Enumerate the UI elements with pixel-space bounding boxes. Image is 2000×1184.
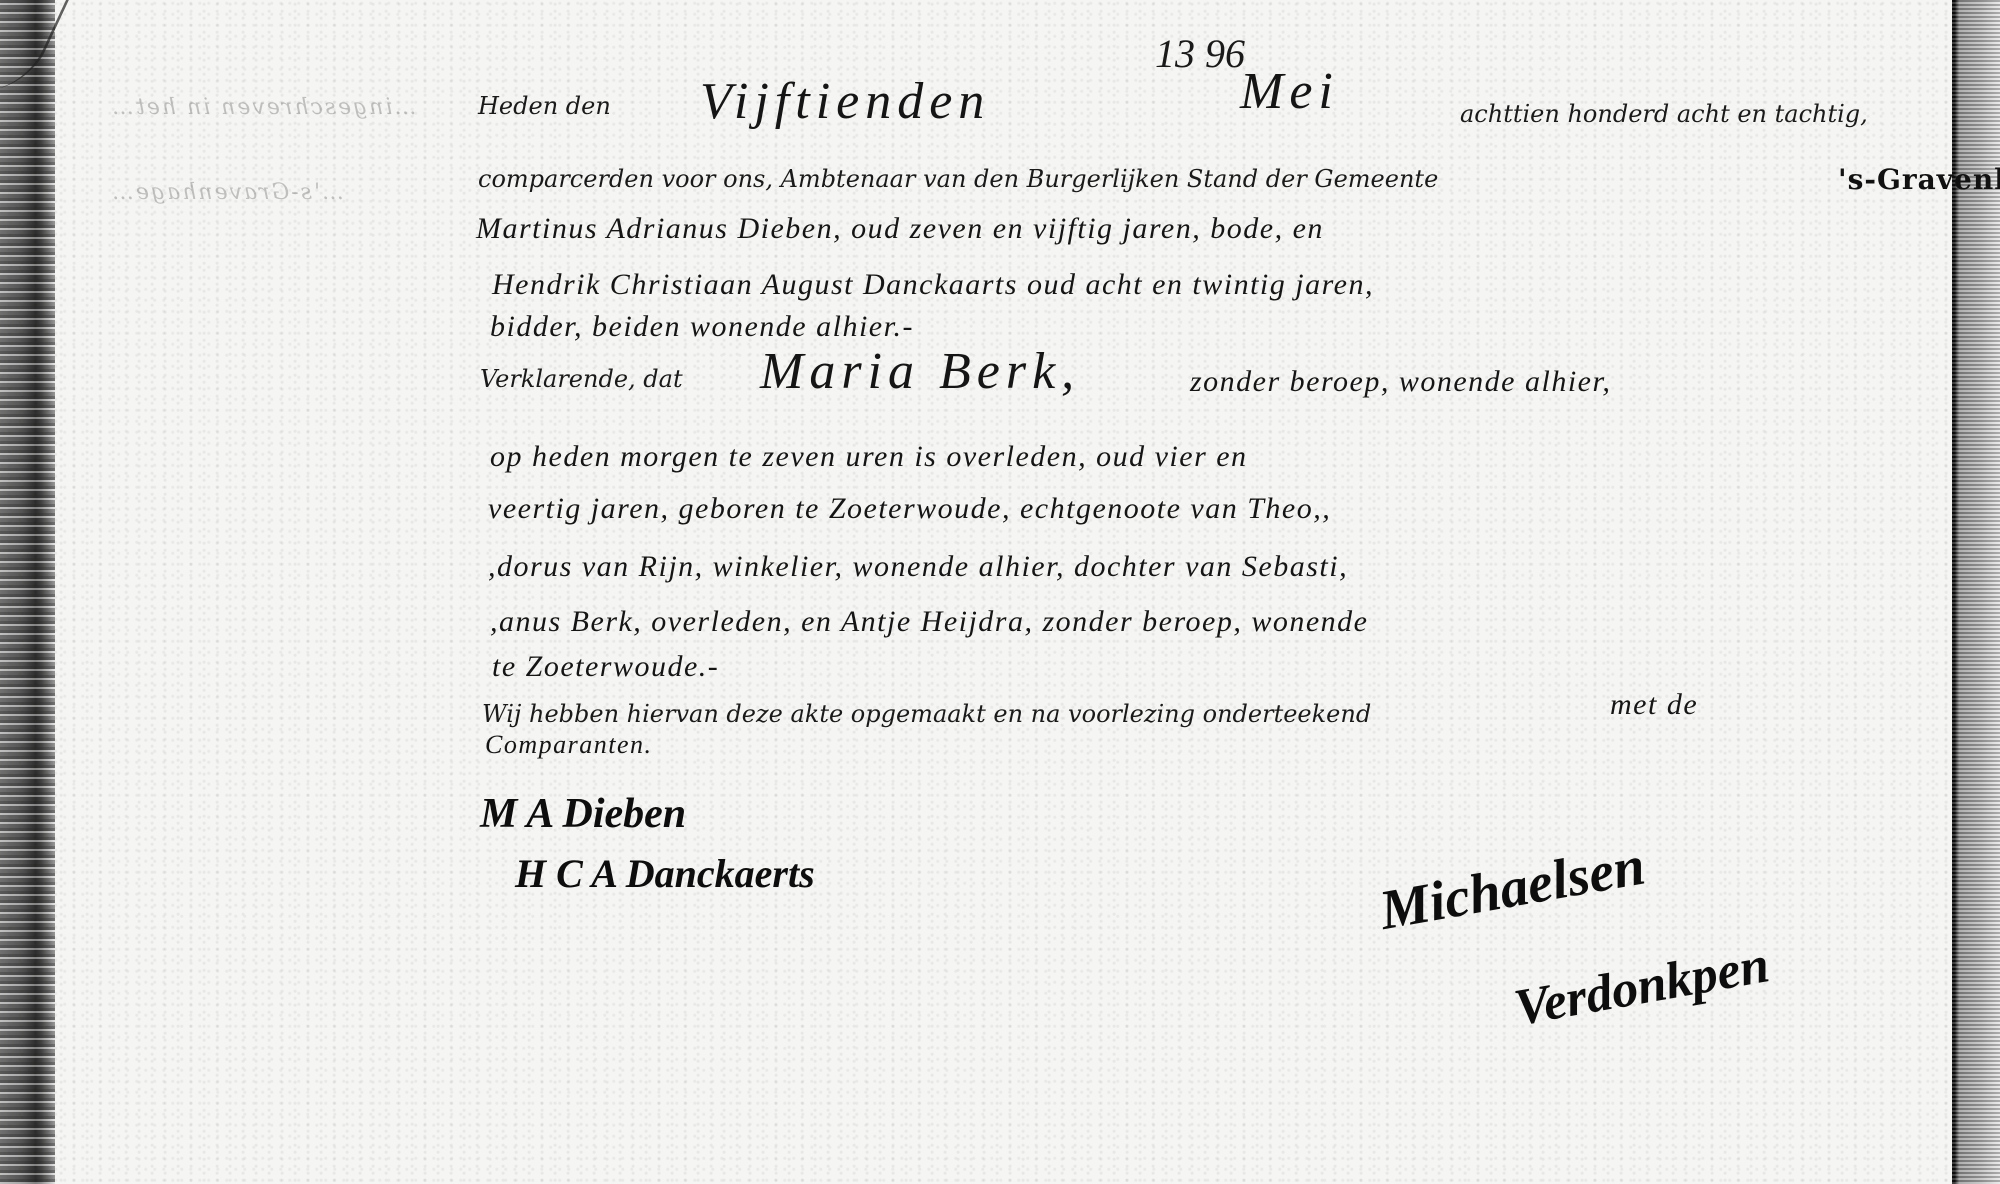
printed-intro: Heden den: [478, 92, 611, 120]
line-8: veertig jaren, geboren te Zoeterwoude, e…: [488, 492, 1331, 526]
bleed-through-text-1: …ingeschreven in het…: [110, 95, 416, 120]
signature-official-line-2: Verdonkpen: [1510, 935, 1773, 1038]
printed-year: achttien honderd acht en tachtig,: [1460, 100, 1868, 128]
closing-handwritten: met de: [1610, 688, 1698, 722]
line-11: te Zoeterwoude.-: [492, 650, 719, 684]
signature-witness-2: H C A Danckaerts: [515, 850, 815, 897]
place-name: 's-Gravenhage,: [1838, 163, 2000, 196]
line-10: ,anus Berk, overleden, en Antje Heijdra,…: [490, 605, 1368, 639]
bleed-through-text-2: …'s-Gravenhage…: [110, 180, 344, 205]
scanned-page: …ingeschreven in het… …'s-Gravenhage… 13…: [0, 0, 2000, 1184]
header-line: Heden den: [478, 92, 611, 120]
record-number: 13 96: [1155, 30, 1245, 77]
witness-2-line: Hendrik Christiaan August Danckaarts oud…: [492, 268, 1374, 302]
witness-1-line: Martinus Adrianus Dieben, oud zeven en v…: [476, 212, 1324, 246]
left-binding-edge: [0, 0, 55, 1184]
signature-witness-1: M A Dieben: [480, 790, 686, 838]
signature-official-line-1: Michaelsen: [1375, 834, 1650, 943]
closing-printed: Wij hebben hiervan deze akte opgemaakt e…: [482, 700, 1371, 728]
witness-occupation-line: bidder, beiden wonende alhier.-: [490, 310, 914, 344]
handwritten-day: Vijftienden: [700, 72, 990, 131]
line-2-printed: comparcerden voor ons, Ambtenaar van den…: [478, 165, 1438, 193]
deceased-name: Maria Berk,: [760, 342, 1080, 401]
line-7: op heden morgen te zeven uren is overled…: [490, 440, 1248, 474]
closing-line-2: Comparanten.: [485, 730, 653, 760]
line-6-rest: zonder beroep, wonende alhier,: [1190, 365, 1611, 399]
line-9: ,dorus van Rijn, winkelier, wonende alhi…: [488, 550, 1348, 584]
line-6-printed: Verklarende, dat: [480, 365, 683, 393]
handwritten-month: Mei: [1240, 62, 1339, 121]
